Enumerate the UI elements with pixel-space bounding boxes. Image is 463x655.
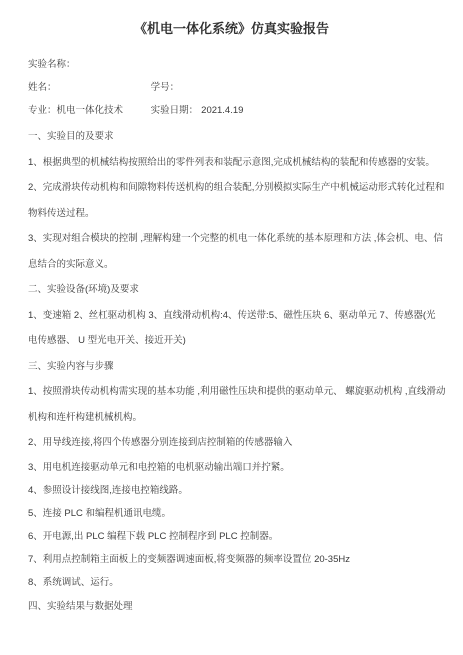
section-1-line: 物料传送过程。 — [28, 201, 435, 227]
experiment-name-label: 实验名称： — [28, 59, 76, 70]
major-value: 机电一体化技术 — [57, 105, 124, 116]
experiment-name-row: 实验名称： — [28, 53, 435, 76]
section-2-heading: 二、实验设备(环境)及要求 — [28, 277, 435, 303]
section-3-line: 2、用导线连接,将四个传感器分别连接到店控制箱的传感器输入 — [28, 430, 435, 456]
report-body: 一、实验目的及要求 1、根据典型的机械结构按照给出的零件列表和装配示意图,完成机… — [28, 124, 435, 619]
section-3-line: 8、系统调试、运行。 — [28, 571, 435, 594]
section-3-line: 7、利用点控制箱主面板上的变频器调速面板,将变频器的频率设置位 20-35Hz — [28, 548, 435, 571]
section-2-line: 电传感器、 U 型光电开关、接近开关) — [28, 328, 435, 354]
section-3-line: 机构和连杆构建机械机构。 — [28, 405, 435, 431]
section-1-line: 息结合的实际意义。 — [28, 252, 435, 278]
section-4-heading: 四、实验结果与数据处理 — [28, 594, 435, 620]
section-1-heading: 一、实验目的及要求 — [28, 124, 435, 150]
section-1-line: 1、根据典型的机械结构按照给出的零件列表和装配示意图,完成机械结构的装配和传感器… — [28, 150, 435, 176]
section-1-line: 2、完成滑块传动机构和间隙物料传送机构的组合装配,分别模拟实际生产中机械运动形式… — [28, 175, 435, 201]
section-3-line: 5、连接 PLC 和编程机通讯电缆。 — [28, 502, 435, 525]
section-4: 四、实验结果与数据处理 — [28, 594, 435, 620]
section-2: 二、实验设备(环境)及要求 1、变速箱 2、丝杠驱动机构 3、直线滑动机构:4、… — [28, 277, 435, 354]
section-3-line: 6、开电源,出 PLC 编程下载 PLC 控制程序到 PLC 控制器。 — [28, 525, 435, 548]
date-value: 2021.4.19 — [201, 105, 243, 116]
major-label: 专业： — [28, 105, 57, 116]
section-1: 一、实验目的及要求 1、根据典型的机械结构按照给出的零件列表和装配示意图,完成机… — [28, 124, 435, 277]
date-field: 实验日期：2021.4.19 — [151, 105, 244, 116]
section-3-line: 4、参照设计接线图,连接电控箱线路。 — [28, 479, 435, 502]
name-row: 姓名： 学号： — [28, 76, 435, 99]
section-3: 三、实验内容与步骤 1、按照滑块传动机构需实现的基本功能 ,利用磁性压块和提供的… — [28, 354, 435, 594]
section-2-line: 1、变速箱 2、丝杠驱动机构 3、直线滑动机构:4、传送带:5、磁性压块 6、驱… — [28, 303, 435, 329]
section-3-line: 1、按照滑块传动机构需实现的基本功能 ,利用磁性压块和提供的驱动单元、 螺旋驱动… — [28, 379, 435, 405]
section-3-line: 3、用电机连接驱动单元和电控箱的电机驱动输出端口并拧紧。 — [28, 456, 435, 479]
date-label: 实验日期： — [151, 105, 199, 116]
name-label: 姓名： — [28, 76, 148, 99]
report-page: 《机电一体化系统》仿真实验报告 实验名称： 姓名： 学号： 专业：机电一体化技术… — [0, 0, 463, 655]
student-id-label: 学号： — [151, 82, 180, 93]
report-header: 实验名称： 姓名： 学号： 专业：机电一体化技术 实验日期：2021.4.19 — [28, 53, 435, 122]
section-3-heading: 三、实验内容与步骤 — [28, 354, 435, 380]
section-1-line: 3、实现对组合模块的控制 ,理解构建一个完整的机电一体化系统的基本原理和方法 ,… — [28, 226, 435, 252]
report-title: 《机电一体化系统》仿真实验报告 — [28, 22, 435, 36]
major-field: 专业：机电一体化技术 — [28, 99, 148, 122]
major-row: 专业：机电一体化技术 实验日期：2021.4.19 — [28, 99, 435, 122]
